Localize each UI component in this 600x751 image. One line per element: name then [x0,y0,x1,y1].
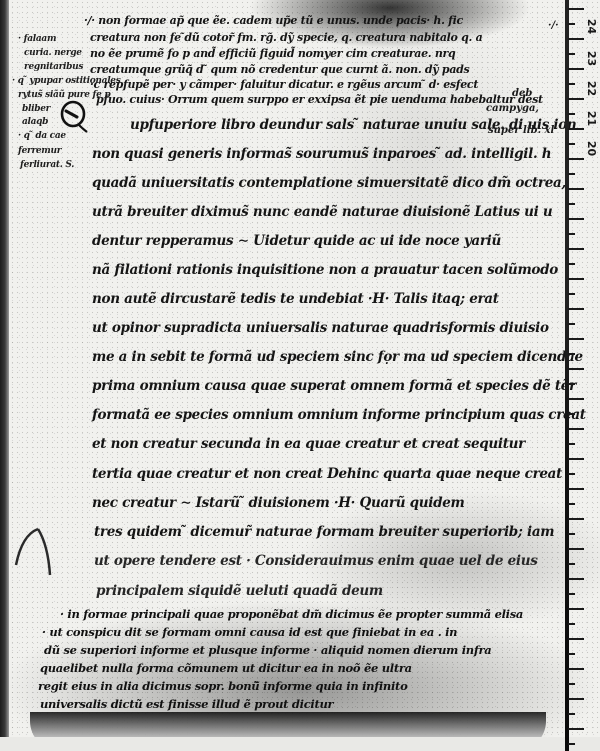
ruler-tick [568,353,575,355]
ruler-tick [568,143,575,145]
top-line: ·c repfupẽ per· y cãmper· faluitur dicat… [90,78,478,91]
main-text-line: me a in sebit te formã ud speciem sinc f… [92,349,583,365]
ruler-tick [568,263,575,265]
main-text-line: principalem siquidẽ ueluti quadã deum [96,583,383,599]
ruler-tick [568,593,575,595]
ruler-tick [568,683,575,685]
ruler-tick [568,518,584,520]
main-text-line: formatã ee species omnium omnium informe… [92,407,586,423]
gloss-line: regnitaribus [24,62,83,72]
ruler-tick [568,68,584,70]
decorated-initial-q-icon [59,99,89,135]
ruler-tick [568,638,584,640]
gloss-line: curia. nerge [24,48,82,58]
ruler-tick [568,623,575,625]
ruler-tick [568,113,575,115]
ruler-label: 20 [585,141,598,156]
ruler-tick [568,743,575,745]
ruler-tick [568,338,584,340]
ruler-tick [568,653,575,655]
ruler-tick [568,8,584,10]
ruler-tick [568,488,584,490]
ruler-tick [568,608,584,610]
gloss-line: ferremur [18,146,61,156]
main-text-line: non autẽ dircustarẽ tedis te undebiat ·H… [92,291,499,307]
binding-edge [0,0,9,751]
ruler-label: 23 [585,51,598,66]
ruler-tick [568,38,584,40]
ruler-tick [568,128,584,130]
main-text-line: quadã uniuersitatis contemplatione simue… [92,175,566,191]
ruler-tick [568,458,584,460]
ruler-tick [568,158,584,160]
bottom-text-line: quaelibet nulla forma cõmunem ut dicitur… [40,661,412,675]
ruler-tick [568,503,575,505]
ruler-tick [568,563,575,565]
main-text-line: dentur repperamus ∼ Uidetur quide ac ui … [92,233,501,249]
gloss-line: · falaam [18,34,56,44]
ruler-tick [568,473,575,475]
gloss-line: · q ̃ ypupar ostitionales [12,76,121,86]
main-text-line: ut opere tendere est · Considerauimus en… [94,553,538,569]
ruler-tick [568,698,584,700]
bottom-text-line: dũ se superiori informe et plusque infor… [44,643,491,657]
top-line: ·/· non formae ap̃ que ẽe. cadem up̃e tũ… [84,14,463,27]
ruler-tick [568,308,584,310]
ruler-tick [568,428,584,430]
gloss-line: bliber [22,104,50,114]
ruler-tick [568,368,584,370]
top-line: creatumque grũq̃ d ̃ qum nõ credentur qu… [90,63,469,76]
margin-note: super lib. xl [488,125,554,136]
ruler-tick [568,98,584,100]
main-text-line: tres quidem ̃ dicemur̃ naturae formam br… [94,524,554,540]
ruler-tick [568,188,584,190]
gloss-line: ferliurat. S. [20,160,74,170]
ruler-tick [568,383,575,385]
bottom-text-line: universalis dictũ est finisse illud ẽ pr… [40,697,333,711]
ruler-label: 22 [585,81,598,96]
ruler-label: 24 [585,19,598,34]
ruler-tick [568,233,575,235]
manuscript-page: ·/· non formae ap̃ que ẽe. cadem up̃e tũ… [0,0,600,751]
ruler-tick [568,293,575,295]
ruler-tick [568,533,575,535]
ruler-tick [568,713,575,715]
ruler-tick [568,668,584,670]
margin-note: campyga, [486,103,539,114]
marginal-flourish-icon [8,525,68,595]
top-line: no ẽe prumẽ fo p and̃ efficiũ figuid̃ no… [90,47,455,60]
ruler-tick [568,83,575,85]
main-text-line: tertia quae creatur et non creat Dehinc … [92,466,562,482]
margin-note: ·/· [548,20,559,31]
ruler-tick [568,248,584,250]
page-bottom-edge [0,737,600,751]
ruler-tick [568,173,575,175]
main-text-line: nã filationi rationis inquisitione non a… [92,262,558,278]
ruler-tick [568,413,575,415]
ruler-label: 21 [585,111,598,126]
ruler-tick [568,218,584,220]
main-text-line: et non creatur secunda in ea quae creatu… [92,436,525,452]
ruler-tick [568,443,575,445]
ruler-tick [568,203,575,205]
main-text-line: ut opinor supradicta uniuersalis naturae… [92,320,549,336]
gloss-line: alaqb [22,117,48,127]
ruler-tick [568,323,575,325]
ruler-tick [568,398,584,400]
ruler-tick [568,53,575,55]
main-text-line: · in formae principali quae proponẽbat d… [60,607,523,621]
ruler-tick [568,278,584,280]
bottom-text-line: regit eius in alia dicimus sopr. bonũ̃ i… [38,679,407,693]
ruler-tick [568,578,584,580]
main-text-line: prima omnium causa quae superat omnem fo… [92,378,576,394]
top-line: creatura non fe ̃dũ cotor̃ fm. rg̃. dỹ s… [90,31,482,44]
main-text-line: · ut conspicu dit se formam omni causa i… [42,625,457,639]
main-text-line: non quasi generis informas̃ sourumus̃ in… [92,146,551,162]
main-text-line: utrã breuiter diximus̃ nunc eandẽ natura… [92,204,552,220]
ruler-tick [568,548,584,550]
margin-note: deb [512,88,532,99]
ruler-tick [568,23,575,25]
main-text-line: nec creatur ∼ Istarũ ̃ diuisionem ·H· Qu… [92,495,465,511]
top-line: pfuo. cuius· Orrum quem surppo er exxips… [96,93,543,106]
ruler-tick [568,728,584,730]
